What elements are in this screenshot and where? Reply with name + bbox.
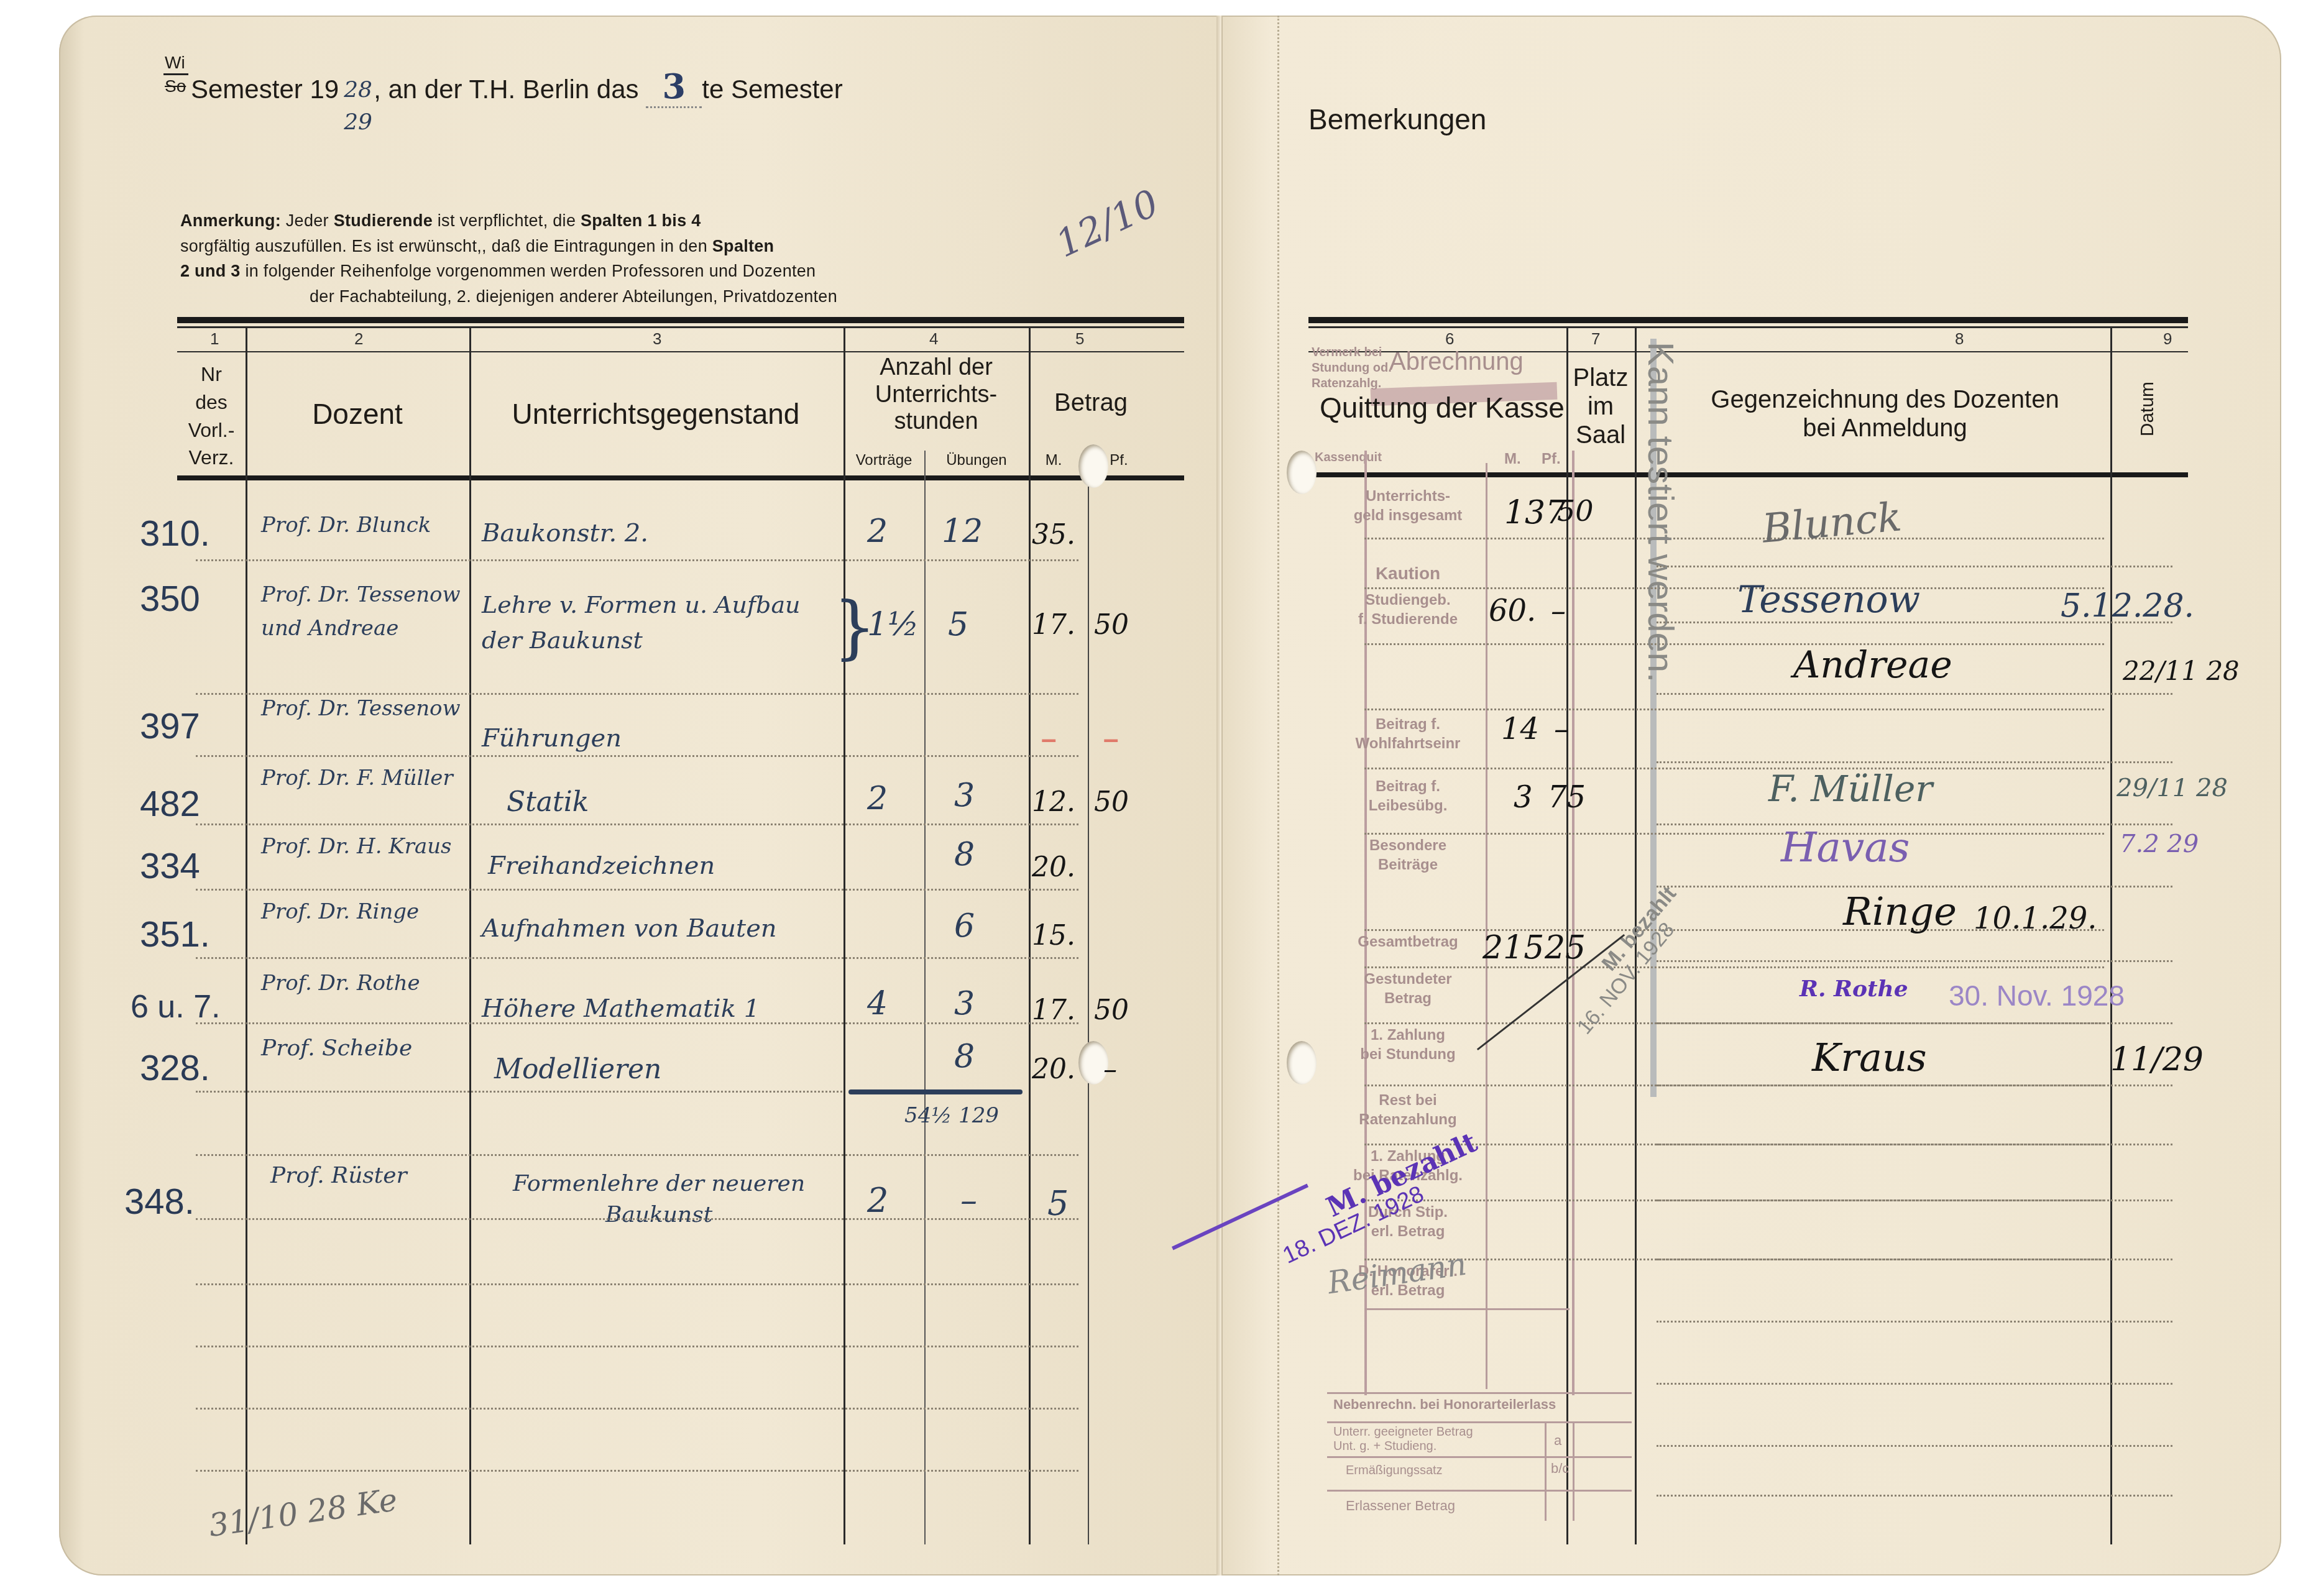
col-divider: [844, 326, 845, 1544]
signature: Kraus: [1812, 1035, 1927, 1080]
honorar-row: Erlassener Betrag: [1346, 1498, 1455, 1514]
year-bottom: 29: [344, 109, 372, 135]
row-rule: [196, 1470, 1078, 1472]
row-mark: 5: [1047, 1184, 1069, 1223]
stamp-item-label: Besondere Beiträge: [1330, 836, 1486, 874]
row-rule: [196, 1346, 1078, 1347]
stamp-item-m: 215: [1482, 929, 1544, 966]
row-dozent: Prof. Dr. Ringe: [261, 895, 466, 929]
rule: [1364, 1308, 1570, 1310]
row-rule: [1657, 1321, 2172, 1323]
row-nr: 6 u. 7.: [131, 988, 221, 1025]
signature: Ringe: [1843, 889, 1957, 934]
signature-stamp: R. Rothe: [1800, 976, 1908, 1002]
row-rule: [196, 1218, 1078, 1220]
header-platz: Platz im Saal: [1566, 364, 1635, 449]
stamp-item-label: Unterrichts- geld insgesamt: [1330, 487, 1486, 525]
stamp-item-m: 3: [1514, 780, 1533, 815]
table-header-rule: [177, 475, 1184, 480]
signature-date: 29/11 28: [2117, 774, 2228, 802]
row-vortraege: 2: [867, 1181, 888, 1220]
row-nr: 482: [140, 783, 200, 825]
semester-label: Semester 19: [191, 75, 339, 104]
row-mark: 20.: [1032, 1053, 1075, 1085]
note-text: Jeder: [281, 211, 334, 230]
stamp-col-pf: Pf.: [1542, 451, 1561, 468]
row-subject: Statik: [507, 786, 830, 818]
row-nr: 334: [140, 845, 200, 887]
row-dozent: Prof. Dr. Tessenow und Andreae: [261, 578, 466, 646]
row-rule: [1657, 823, 2172, 825]
stamp-item-pf: 75: [1548, 780, 1586, 815]
row-pf: –: [1103, 724, 1118, 755]
row-rule: [196, 755, 1078, 757]
row-rule: [196, 1154, 1078, 1156]
header-datum: Datum: [2137, 411, 2159, 436]
row-uebungen: 3: [954, 985, 975, 1022]
stamp-item-label: Studiengeb. f. Studierende: [1330, 590, 1486, 629]
stamp-divider: [1573, 1421, 1574, 1521]
header-gegenzeichnung: Gegenzeichnung des Dozenten bei Anmeldun…: [1660, 385, 2110, 443]
row-uebungen: 3: [954, 777, 975, 814]
honorar-row: Unterr. geeigneter Betrag Unt. g. + Stud…: [1333, 1425, 1473, 1454]
date-stamp: 30. Nov. 1928: [1949, 979, 2125, 1012]
stamp-item-pf: 25: [1545, 929, 1586, 966]
footer-note: 31/10 28 Ke: [206, 1482, 399, 1544]
row-rule: [1657, 621, 2172, 623]
stamp-item-pf: 50: [1557, 494, 1594, 528]
row-uebungen: –: [960, 1181, 977, 1220]
row-vortraege: 2: [867, 780, 888, 817]
row-dozent: Prof. Dr. Rothe: [261, 966, 466, 1000]
semester-suffix: te Semester: [702, 75, 842, 104]
rule: [1308, 326, 2188, 328]
row-rule: [196, 559, 1078, 561]
row-rule: [196, 693, 1078, 695]
col-divider: [469, 326, 471, 1544]
abrechnung-title: Abrechnung: [1389, 348, 1524, 376]
row-nr: 348.: [124, 1181, 195, 1222]
row-subject: Formenlehre der neueren Baukunst: [488, 1168, 830, 1231]
row-nr: 397: [140, 705, 200, 747]
header-dozent: Dozent: [246, 398, 469, 431]
row-mark: 17.: [1032, 994, 1075, 1026]
note-bold: Spalten: [712, 237, 775, 255]
row-dozent: Prof. Rüster: [270, 1159, 463, 1193]
note-bold: Studierende: [334, 211, 433, 230]
header-betrag: Betrag: [1029, 388, 1153, 417]
rule: [1327, 1392, 1632, 1394]
row-rule: [196, 957, 1078, 959]
row-vortraege: 1½: [867, 606, 919, 643]
note-text: der Fachabteilung, 2. diejenigen anderer…: [180, 284, 967, 310]
stamp-col-m: M.: [1504, 451, 1521, 468]
row-dozent: Prof. Scheibe: [261, 1032, 466, 1065]
honorar-title: Nebenrechn. bei Honorarteilerlass: [1333, 1396, 1556, 1413]
stamp-item-pf: –: [1551, 594, 1566, 628]
stamp-item-label: Kaution: [1330, 562, 1486, 585]
header-vortraege: Vorträge: [844, 452, 924, 469]
col-number: 4: [929, 329, 938, 349]
signature: Blunck: [1760, 494, 1903, 552]
semester-prefix-so: So: [165, 76, 186, 96]
row-rule: [1364, 538, 2104, 539]
col-divider: [246, 326, 247, 1544]
signature-date: 5.12.28.: [2061, 587, 2194, 625]
testiert-stamp: Kann testiert werden.: [1640, 342, 1681, 682]
header-mark: M.: [1038, 452, 1069, 469]
stamp-item-label: 1. Zahlung bei Stundung: [1330, 1025, 1486, 1064]
row-subject: Führungen: [482, 724, 830, 753]
subtotal-hours: 54½ 129: [904, 1103, 999, 1128]
rule: [177, 326, 1184, 328]
col-divider: [924, 451, 926, 1544]
stamp-item-label: Gestundeter Betrag: [1330, 970, 1486, 1008]
header-nr: Nr des Vorl.- Verz.: [177, 360, 246, 472]
signature-date: 10.1.29.: [1974, 901, 2097, 936]
row-rule: [196, 1408, 1078, 1410]
stamp-item-pf: –: [1554, 712, 1569, 746]
row-rule: [1657, 693, 2172, 695]
row-subject: Baukonstr. 2.: [482, 519, 836, 548]
row-vortraege: 4: [867, 985, 888, 1022]
row-subject: Höhere Mathematik 1: [482, 994, 830, 1023]
row-nr: 310.: [140, 513, 210, 554]
stamp-divider: [1545, 1421, 1547, 1521]
punch-hole: [1287, 1041, 1317, 1085]
row-rule: [1364, 587, 2104, 589]
row-subject: Modellieren: [494, 1053, 830, 1085]
row-dozent: Prof. Dr. F. Müller: [261, 761, 466, 795]
row-uebungen: 12: [942, 513, 983, 550]
honorar-key: a: [1554, 1433, 1561, 1449]
stamp-item-label: Beitrag f. Wohlfahrtseinr: [1330, 715, 1486, 753]
row-uebungen: 6: [954, 907, 975, 945]
table-top-rule: [1308, 317, 2188, 323]
study-book-spread: Wi So Semester 19 28 29 , an der T.H. Be…: [59, 16, 2281, 1575]
row-rule: [196, 1091, 842, 1093]
row-uebungen: 8: [954, 1038, 975, 1075]
signature-date: 22/11 28: [2123, 656, 2240, 686]
institution-text: , an der T.H. Berlin das: [374, 75, 638, 104]
note-text: ist verpflichtet, die: [433, 211, 581, 230]
row-rule: [1657, 1085, 2172, 1086]
row-subject: Lehre v. Formen u. Aufbau der Baukunst: [482, 587, 830, 658]
row-rule: [196, 889, 1078, 891]
row-uebungen: 5: [948, 606, 968, 643]
semester-number: 3: [662, 66, 686, 106]
signature-date: 11/29: [2110, 1041, 2204, 1078]
col-number: 9: [2163, 329, 2172, 349]
row-nr: 350: [140, 578, 200, 620]
perforation: [1277, 16, 1284, 1575]
row-pf: 50: [1094, 786, 1129, 818]
col-divider: [1088, 475, 1089, 1544]
row-rule: [196, 1283, 1078, 1285]
remarks-title: Bemerkungen: [1308, 103, 1486, 136]
row-mark: 15.: [1032, 920, 1075, 952]
header-uebungen: Übungen: [924, 452, 1029, 469]
row-rule: [1364, 709, 2104, 710]
row-rule: [1657, 1259, 2172, 1260]
row-nr: 351.: [140, 914, 210, 955]
fraction-bar: [163, 73, 188, 75]
row-rule: [1657, 1445, 2172, 1447]
stamp-item-label: Rest bei Ratenzahlung: [1330, 1091, 1486, 1129]
row-mark: 17.: [1032, 609, 1075, 641]
header-quittung: Quittung der Kasse: [1315, 392, 1570, 424]
table-top-rule: [177, 317, 1184, 323]
row-mark: 20.: [1032, 851, 1075, 883]
signature: Havas: [1781, 823, 1910, 871]
row-pf: –: [1103, 1053, 1117, 1085]
stamp-item-label: Beitrag f. Leibesübg.: [1330, 777, 1486, 815]
sum-underline: [848, 1089, 1023, 1094]
row-dozent: Prof. Dr. Blunck: [261, 513, 466, 538]
row-nr: 328.: [140, 1047, 210, 1089]
col-divider: [2110, 326, 2112, 1544]
row-subject: Aufnahmen von Bauten: [482, 914, 830, 943]
row-mark: –: [1041, 724, 1056, 755]
note-bold: Spalten 1 bis 4: [581, 211, 701, 230]
punch-hole: [1287, 451, 1317, 494]
col-number: 2: [354, 329, 363, 349]
header-subject: Unterrichtsgegenstand: [469, 398, 842, 431]
row-mark: 12.: [1032, 786, 1075, 818]
row-mark: 35.: [1032, 519, 1075, 551]
row-rule: [1657, 1199, 2172, 1201]
left-page: Wi So Semester 19 28 29 , an der T.H. Be…: [59, 16, 1221, 1575]
instruction-note: Anmerkung: Jeder Studierende ist verpfli…: [180, 208, 967, 309]
note-text: in folgender Reihenfolge vorgenommen wer…: [241, 262, 816, 280]
stamp-divider: [1486, 463, 1487, 1389]
row-rule: [1364, 643, 2104, 645]
row-rule: [1364, 966, 2104, 968]
row-dozent: Prof. Dr. H. Kraus: [261, 830, 466, 863]
right-page: Bemerkungen 6 7 8 9 Vermerk bei Stundung…: [1221, 16, 2281, 1575]
row-rule: [1657, 761, 2172, 763]
stamp-item-label: Gesamtbetrag: [1330, 932, 1486, 952]
signature-date: 7.2 29: [2120, 830, 2199, 858]
rule: [1327, 1456, 1632, 1458]
col-divider: [1029, 326, 1031, 1544]
row-pf: 50: [1094, 994, 1129, 1026]
row-rule: [1657, 960, 2172, 962]
signature: Andreae: [1793, 643, 1952, 687]
stamp-item-m: 60.: [1489, 594, 1536, 628]
row-subject: Freihandzeichnen: [488, 851, 836, 880]
row-rule: [1657, 566, 2172, 567]
margin-note: 12/10: [1049, 181, 1165, 267]
col-number: 5: [1075, 329, 1084, 349]
signature: F. Müller: [1768, 768, 1933, 810]
signature: Tessenow: [1737, 578, 1920, 621]
note-bold: 2 und 3: [180, 262, 241, 280]
row-uebungen: 8: [954, 836, 975, 873]
rule: [177, 351, 1184, 352]
row-rule: [1657, 1495, 2172, 1497]
row-vortraege: 2: [867, 513, 888, 550]
semester-line: Semester 19 28 29 , an der T.H. Berlin d…: [191, 66, 843, 108]
semester-prefix-wi: Wi: [165, 53, 185, 73]
col-number: 7: [1591, 329, 1600, 349]
note-text: sorgfältig auszufüllen. Es ist erwünscht…: [180, 237, 712, 255]
row-rule: [1657, 1144, 2172, 1145]
header-hours: Anzahl der Unterrichts- stunden: [844, 354, 1029, 436]
col-number: 3: [653, 329, 661, 349]
col-number: 6: [1445, 329, 1454, 349]
row-rule: [1364, 833, 2104, 835]
note-lead: Anmerkung:: [180, 211, 281, 230]
col-number: 8: [1955, 329, 1964, 349]
stamp-item-m: 14: [1501, 712, 1539, 746]
row-rule: [1657, 886, 2172, 887]
col-number: 1: [210, 329, 219, 349]
row-rule: [1364, 768, 2104, 769]
row-rule: [196, 823, 1078, 825]
punch-hole: [1078, 444, 1108, 488]
row-rule: [196, 1022, 1078, 1024]
rule: [1327, 1490, 1632, 1492]
stundung-note: Vermerk bei Stundung od. Ratenzahlg.: [1312, 345, 1392, 392]
row-rule: [1657, 1022, 2172, 1024]
row-dozent: Prof. Dr. Tessenow: [261, 696, 466, 721]
row-pf: 50: [1094, 609, 1129, 641]
rule: [1327, 1421, 1632, 1423]
honorar-key: b/c: [1551, 1461, 1569, 1477]
honorar-row: Ermäßigungssatz: [1346, 1464, 1443, 1478]
row-rule: [1657, 1383, 2172, 1385]
year-top: 28: [344, 77, 372, 103]
